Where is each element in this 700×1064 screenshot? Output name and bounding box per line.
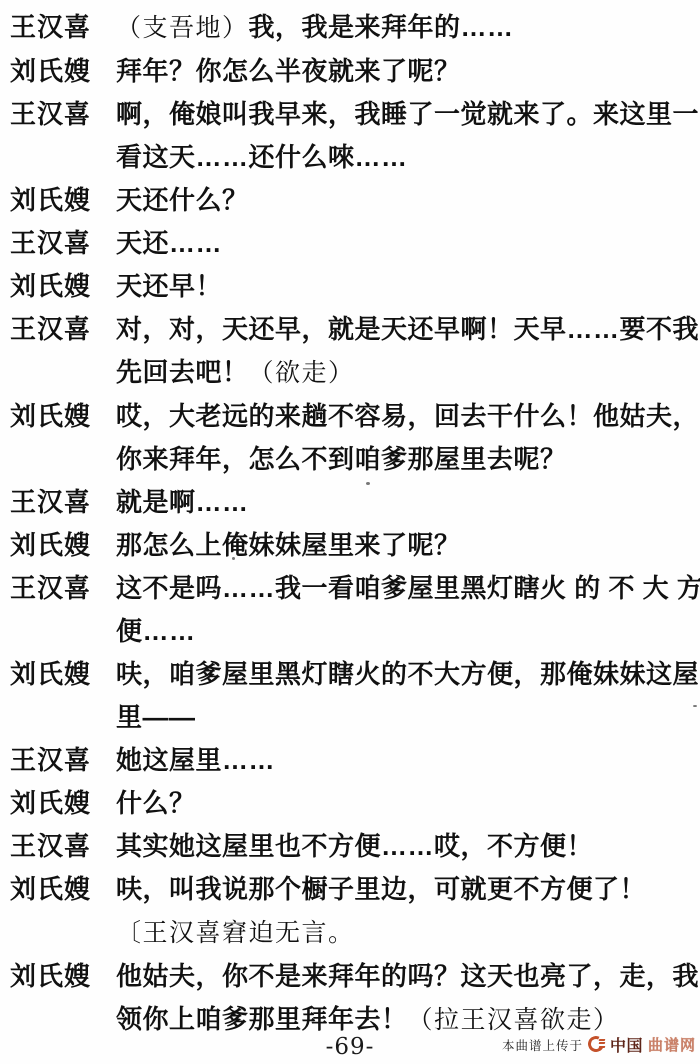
scan-speck <box>232 557 235 560</box>
dialogue-entry: 王汉喜天还…… <box>10 222 694 265</box>
dialogue-line: 对，对，天还早，就是天还早啊！天早……要不我 <box>116 308 694 351</box>
speaker-name: 刘氏嫂 <box>10 265 116 308</box>
dialogue-text: 他姑夫，你不是来拜年的吗？这天也亮了，走，我 <box>116 961 699 991</box>
dialogue-lines: （支吾地）我，我是来拜年的…… <box>116 6 694 50</box>
dialogue-line: 便…… <box>116 610 694 653</box>
dialogue-lines: 呋，咱爹屋里黑灯瞎火的不大方便，那俺妹妹这屋里—— <box>116 653 694 739</box>
speaker-name: 王汉喜 <box>10 222 116 265</box>
dialogue-lines: 对，对，天还早，就是天还早啊！天早……要不我先回去吧！（欲走） <box>116 308 694 395</box>
speaker-name: 刘氏嫂 <box>10 653 116 696</box>
dialogue-text: 其实她这屋里也不方便……哎，不方便！ <box>116 831 593 861</box>
dialogue-line: 天还…… <box>116 222 694 265</box>
dialogue-entry: 王汉喜对，对，天还早，就是天还早啊！天早……要不我先回去吧！（欲走） <box>10 308 694 395</box>
dialogue-line: 天还早！ <box>116 265 694 308</box>
dialogue-line: 里—— <box>116 696 694 739</box>
dialogue-text: 什么？ <box>116 788 196 818</box>
dialogue-entry: 刘氏嫂他姑夫，你不是来拜年的吗？这天也亮了，走，我领你上咱爹那里拜年去！（拉王汉… <box>10 955 694 1042</box>
dialogue-line: 先回去吧！（欲走） <box>116 351 694 395</box>
dialogue-text: 呋，咱爹屋里黑灯瞎火的不大方便，那俺妹妹这屋 <box>116 659 699 689</box>
dialogue-lines: 其实她这屋里也不方便……哎，不方便！ <box>116 825 694 868</box>
dialogue-lines: 什么？ <box>116 782 694 825</box>
dialogue-text: 啊，俺娘叫我早来，我睡了一觉就来了。来这里一 <box>116 99 699 129</box>
logo-bars <box>599 1039 605 1049</box>
qupu-logo-icon <box>588 1036 605 1053</box>
dialogue-line: 拜年？你怎么半夜就来了呢？ <box>116 50 694 93</box>
dialogue-text: 领你上咱爹那里拜年去！ <box>116 1004 408 1034</box>
stage-direction: （拉王汉喜欲走） <box>408 1007 620 1034</box>
dialogue-lines: 天还什么？ <box>116 179 694 222</box>
dialogue-lines: 这不是吗……我一看咱爹屋里黑灯瞎火 的 不 大 方便…… <box>116 567 694 653</box>
dialogue-entry: 王汉喜就是啊…… <box>10 481 694 524</box>
dialogue-line: 呋，咱爹屋里黑灯瞎火的不大方便，那俺妹妹这屋 <box>116 653 694 696</box>
dialogue-text: 里—— <box>116 702 196 732</box>
dialogue-lines: 呋，叫我说那个橱子里边，可就更不方便了！〔王汉喜窘迫无言。 <box>116 868 694 955</box>
dialogue-text: 她这屋里…… <box>116 745 275 775</box>
watermark-prefix: 本曲谱上传于 <box>502 1036 583 1054</box>
speaker-name: 王汉喜 <box>10 825 116 868</box>
watermark-site-secondary: 曲谱网 <box>648 1034 696 1055</box>
stage-direction: （欲走） <box>249 360 355 387</box>
dialogue-line: 那怎么上俺妹妹屋里来了呢？ <box>116 524 694 567</box>
dialogue-text: 这不是吗……我一看咱爹屋里黑灯瞎火 的 不 大 方 <box>116 573 700 603</box>
dialogue-text: 看这天……还什么唻…… <box>116 142 408 172</box>
speaker-name: 刘氏嫂 <box>10 50 116 93</box>
dialogue-entry: 刘氏嫂什么？ <box>10 782 694 825</box>
dialogue-text: 天还…… <box>116 228 222 258</box>
dialogue-line: 这不是吗……我一看咱爹屋里黑灯瞎火 的 不 大 方 <box>116 567 694 610</box>
dialogue-text: 就是啊…… <box>116 487 249 517</box>
dialogue-entry: 刘氏嫂天还什么？ <box>10 179 694 222</box>
dialogue-line: 呋，叫我说那个橱子里边，可就更不方便了！ <box>116 868 694 911</box>
dialogue-lines: 他姑夫，你不是来拜年的吗？这天也亮了，走，我领你上咱爹那里拜年去！（拉王汉喜欲走… <box>116 955 694 1042</box>
dialogue-line: 他姑夫，你不是来拜年的吗？这天也亮了，走，我 <box>116 955 694 998</box>
dialogue-line: 她这屋里…… <box>116 739 694 782</box>
dialogue-entry: 刘氏嫂哎，大老远的来趟不容易，回去干什么！他姑夫，你来拜年，怎么不到咱爹那屋里去… <box>10 395 694 481</box>
speaker-name: 王汉喜 <box>10 308 116 351</box>
speaker-name: 王汉喜 <box>10 93 116 136</box>
dialogue-line: 就是啊…… <box>116 481 694 524</box>
dialogue-entry: 刘氏嫂天还早！ <box>10 265 694 308</box>
dialogue-entry: 刘氏嫂那怎么上俺妹妹屋里来了呢？ <box>10 524 694 567</box>
stage-direction: 〔王汉喜窘迫无言。 <box>116 920 355 947</box>
script-page: 王汉喜（支吾地）我，我是来拜年的……刘氏嫂拜年？你怎么半夜就来了呢？王汉喜啊，俺… <box>0 0 700 1064</box>
dialogue-lines: 她这屋里…… <box>116 739 694 782</box>
dialogue-text: 拜年？你怎么半夜就来了呢？ <box>116 56 461 86</box>
dialogue-line: 看这天……还什么唻…… <box>116 136 694 179</box>
dialogue-line: 啊，俺娘叫我早来，我睡了一觉就来了。来这里一 <box>116 93 694 136</box>
dialogue-lines: 哎，大老远的来趟不容易，回去干什么！他姑夫，你来拜年，怎么不到咱爹那屋里去呢？ <box>116 395 694 481</box>
speaker-name: 王汉喜 <box>10 567 116 610</box>
dialogue-lines: 天还早！ <box>116 265 694 308</box>
dialogue-text: 那怎么上俺妹妹屋里来了呢？ <box>116 530 461 560</box>
dialogue-lines: 拜年？你怎么半夜就来了呢？ <box>116 50 694 93</box>
dialogue-text: 哎，大老远的来趟不容易，回去干什么！他姑夫， <box>116 401 699 431</box>
dialogue-line: 天还什么？ <box>116 179 694 222</box>
dialogue-text: 天还早！ <box>116 271 222 301</box>
dialogue-entry: 刘氏嫂呋，咱爹屋里黑灯瞎火的不大方便，那俺妹妹这屋里—— <box>10 653 694 739</box>
scan-speck <box>366 482 370 485</box>
watermark: 本曲谱上传于 中国 曲谱网 <box>502 1033 696 1056</box>
dialogue-entry: 王汉喜她这屋里…… <box>10 739 694 782</box>
dialogue-line: （支吾地）我，我是来拜年的…… <box>116 6 694 50</box>
speaker-name: 刘氏嫂 <box>10 524 116 567</box>
dialogue-line: 你来拜年，怎么不到咱爹那屋里去呢？ <box>116 438 694 481</box>
dialogue-text: 呋，叫我说那个橱子里边，可就更不方便了！ <box>116 874 646 904</box>
dialogue-entry: 王汉喜其实她这屋里也不方便……哎，不方便！ <box>10 825 694 868</box>
dialogue-entry: 王汉喜（支吾地）我，我是来拜年的…… <box>10 6 694 50</box>
speaker-name: 刘氏嫂 <box>10 868 116 911</box>
script-body: 王汉喜（支吾地）我，我是来拜年的……刘氏嫂拜年？你怎么半夜就来了呢？王汉喜啊，俺… <box>10 6 694 1042</box>
speaker-name: 刘氏嫂 <box>10 782 116 825</box>
dialogue-text: 先回去吧！ <box>116 357 249 387</box>
dialogue-entry: 王汉喜这不是吗……我一看咱爹屋里黑灯瞎火 的 不 大 方便…… <box>10 567 694 653</box>
dialogue-text: 便…… <box>116 616 196 646</box>
speaker-name: 王汉喜 <box>10 6 116 49</box>
dialogue-line: 〔王汉喜窘迫无言。 <box>116 911 694 955</box>
dialogue-text: 你来拜年，怎么不到咱爹那屋里去呢？ <box>116 444 567 474</box>
watermark-site-primary: 中国 <box>610 1033 643 1056</box>
scan-speck <box>693 705 697 707</box>
dialogue-entry: 刘氏嫂拜年？你怎么半夜就来了呢？ <box>10 50 694 93</box>
dialogue-line: 什么？ <box>116 782 694 825</box>
speaker-name: 王汉喜 <box>10 739 116 782</box>
dialogue-entry: 刘氏嫂呋，叫我说那个橱子里边，可就更不方便了！〔王汉喜窘迫无言。 <box>10 868 694 955</box>
dialogue-text: 我，我是来拜年的…… <box>249 12 514 42</box>
speaker-name: 王汉喜 <box>10 481 116 524</box>
dialogue-entry: 王汉喜啊，俺娘叫我早来，我睡了一觉就来了。来这里一看这天……还什么唻…… <box>10 93 694 179</box>
dialogue-lines: 啊，俺娘叫我早来，我睡了一觉就来了。来这里一看这天……还什么唻…… <box>116 93 694 179</box>
speaker-name: 刘氏嫂 <box>10 955 116 998</box>
dialogue-line: 哎，大老远的来趟不容易，回去干什么！他姑夫， <box>116 395 694 438</box>
dialogue-text: 对，对，天还早，就是天还早啊！天早……要不我 <box>116 314 699 344</box>
speaker-name: 刘氏嫂 <box>10 179 116 222</box>
speaker-name: 刘氏嫂 <box>10 395 116 438</box>
stage-direction: （支吾地） <box>116 15 249 42</box>
dialogue-text: 天还什么？ <box>116 185 249 215</box>
dialogue-lines: 就是啊…… <box>116 481 694 524</box>
dialogue-line: 其实她这屋里也不方便……哎，不方便！ <box>116 825 694 868</box>
dialogue-lines: 天还…… <box>116 222 694 265</box>
dialogue-lines: 那怎么上俺妹妹屋里来了呢？ <box>116 524 694 567</box>
